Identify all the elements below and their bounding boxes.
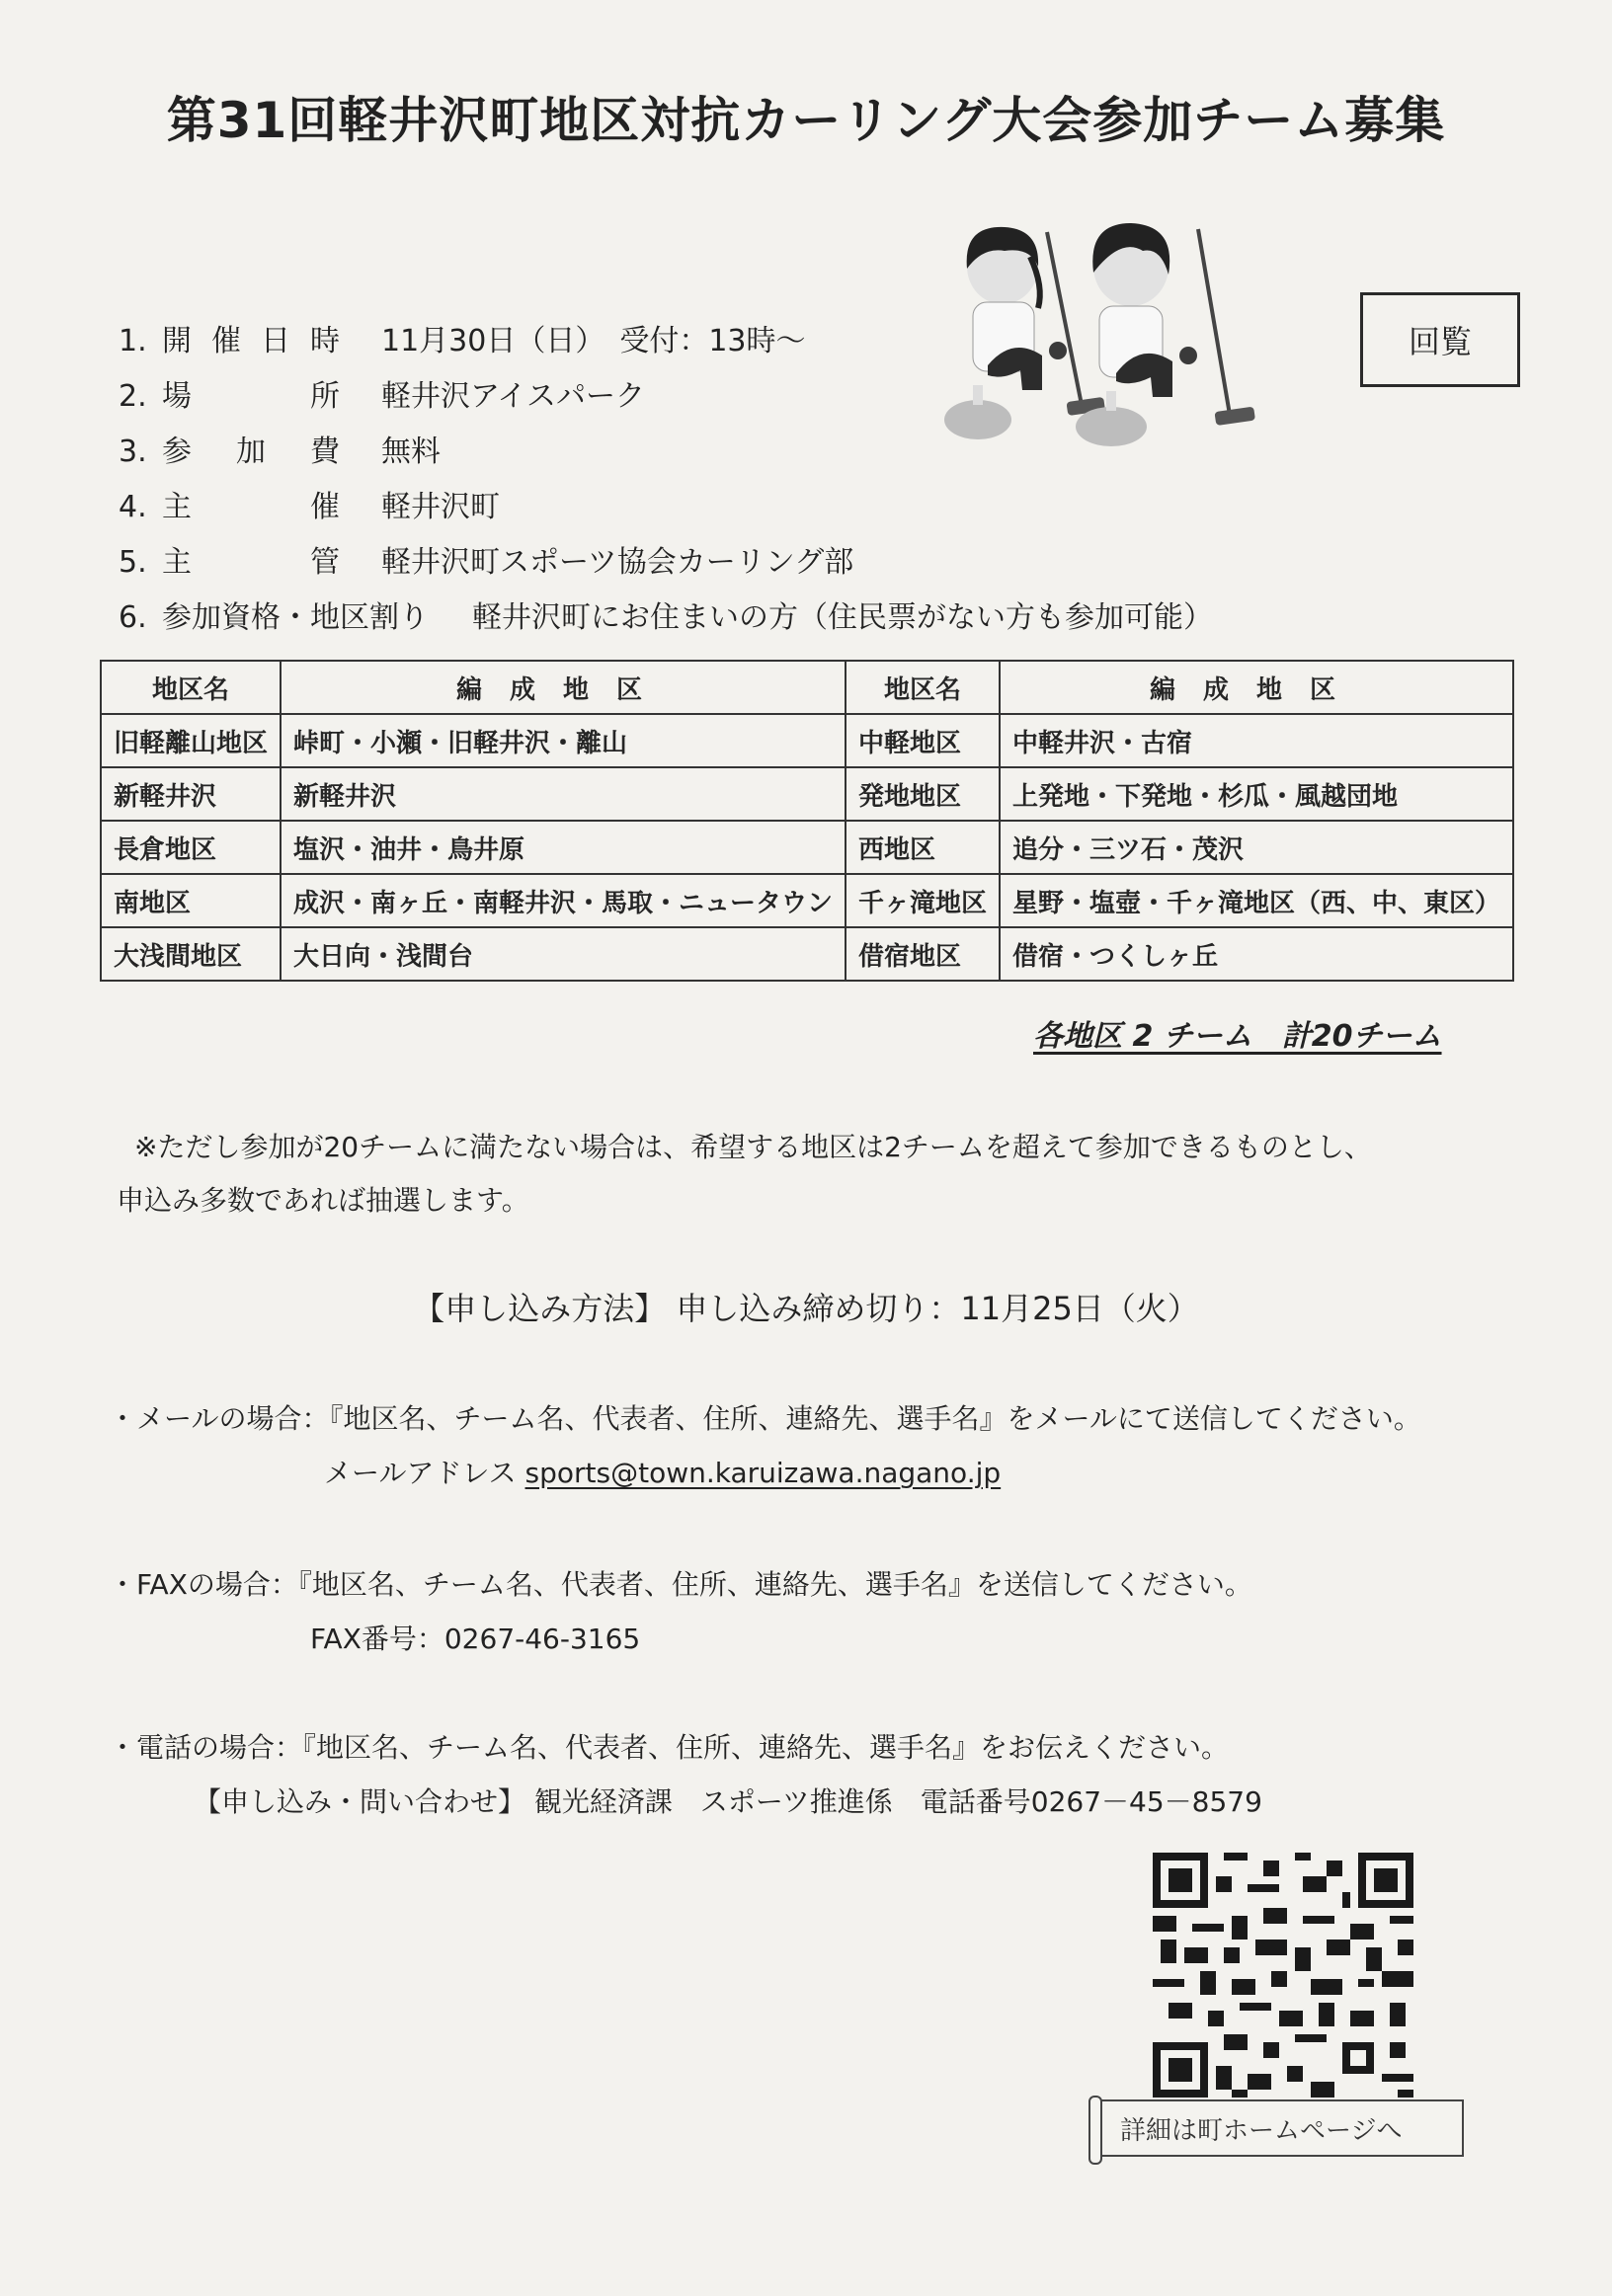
label-char: 加 [236, 425, 266, 480]
district-name: 借宿地区 [846, 927, 1000, 981]
label-char: 管 [310, 535, 340, 591]
district-areas: 塩沢・油井・鳥井原 [281, 821, 846, 874]
table-row: 南地区 成沢・南ヶ丘・南軽井沢・馬取・ニュータウン 千ヶ滝地区 星野・塩壺・千ヶ… [101, 874, 1513, 927]
note-line: ※ただし参加が20チームに満たない場合は、希望する地区は2チームを超えて参加でき… [117, 1121, 1539, 1174]
label-char: 催 [310, 480, 340, 535]
district-name: 新軽井沢 [101, 767, 281, 821]
info-num: 2. [119, 369, 162, 425]
note-line: 申込み多数であれば抽選します。 [117, 1174, 1539, 1227]
curlers-illustration-icon [933, 217, 1279, 454]
label-char: 費 [310, 425, 340, 480]
application-heading: 【申し込み方法】 申し込み締め切り：11月25日（火） [0, 1284, 1612, 1329]
email-address-line: メールアドレス sports@town.karuizawa.nagano.jp [324, 1452, 1001, 1491]
table-row: 長倉地区 塩沢・油井・鳥井原 西地区 追分・三ツ石・茂沢 [101, 821, 1513, 874]
districts-table: 地区名 編成地区 地区名 編成地区 旧軽離山地区 峠町・小瀬・旧軽井沢・離山 中… [100, 660, 1514, 982]
district-name: 旧軽離山地区 [101, 714, 281, 767]
info-row-manager: 5. 主 管 軽井沢町スポーツ協会カーリング部 [119, 535, 1213, 591]
email-address-label: メールアドレス [324, 1457, 517, 1489]
inquiry-contact: 【申し込み・問い合わせ】 観光経済課 スポーツ推進係 電話番号0267－45－8… [194, 1781, 1262, 1820]
label-char: 参 [162, 425, 192, 480]
table-row: 新軽井沢 新軽井沢 発地地区 上発地・下発地・杉瓜・風越団地 [101, 767, 1513, 821]
qr-code-icon[interactable] [1153, 1852, 1413, 2098]
district-areas: 追分・三ツ石・茂沢 [1000, 821, 1513, 874]
info-label: 場 所 [162, 369, 340, 425]
info-value: 11月30日（日） 受付：13時～ [381, 314, 806, 369]
header-composition: 編成地区 [1000, 661, 1513, 714]
district-name: 長倉地区 [101, 821, 281, 874]
fax-instruction: ・FAXの場合：『地区名、チーム名、代表者、住所、連絡先、選手名』を送信してくだ… [109, 1563, 1252, 1603]
email-address-link[interactable]: sports@town.karuizawa.nagano.jp [525, 1457, 1002, 1489]
info-label: 参加資格・地区割り [162, 591, 429, 646]
district-name: 大浅間地区 [101, 927, 281, 981]
district-areas: 借宿・つくしヶ丘 [1000, 927, 1513, 981]
info-num: 4. [119, 480, 162, 535]
table-row: 大浅間地区 大日向・浅間台 借宿地区 借宿・つくしヶ丘 [101, 927, 1513, 981]
info-label: 開 催 日 時 [162, 314, 340, 369]
district-areas: 大日向・浅間台 [281, 927, 846, 981]
label-char: 日 [261, 314, 290, 369]
table-row: 旧軽離山地区 峠町・小瀬・旧軽井沢・離山 中軽地区 中軽井沢・古宿 [101, 714, 1513, 767]
label-char: 時 [310, 314, 340, 369]
info-num: 1. [119, 314, 162, 369]
district-areas: 新軽井沢 [281, 767, 846, 821]
district-areas: 星野・塩壺・千ヶ滝地区（西、中、東区） [1000, 874, 1513, 927]
label-char: 開 [162, 314, 192, 369]
info-value: 軽井沢アイスパーク [381, 369, 645, 425]
district-name: 西地区 [846, 821, 1000, 874]
district-areas: 成沢・南ヶ丘・南軽井沢・馬取・ニュータウン [281, 874, 846, 927]
label-char: 催 [211, 314, 241, 369]
email-instruction: ・メールの場合：『地区名、チーム名、代表者、住所、連絡先、選手名』をメールにて送… [109, 1397, 1421, 1437]
circulation-stamp: 回覧 [1360, 292, 1520, 387]
info-row-eligibility: 6. 参加資格・地区割り 軽井沢町にお住まいの方（住民票がない方も参加可能） [119, 591, 1213, 646]
team-total: 各地区 2 チーム 計20チーム [1033, 1011, 1442, 1055]
phone-instruction: ・電話の場合：『地区名、チーム名、代表者、住所、連絡先、選手名』をお伝えください… [109, 1726, 1229, 1766]
header-district-name: 地区名 [846, 661, 1000, 714]
district-areas: 中軽井沢・古宿 [1000, 714, 1513, 767]
district-areas: 上発地・下発地・杉瓜・風越団地 [1000, 767, 1513, 821]
info-label: 参 加 費 [162, 425, 340, 480]
label-char: 所 [310, 369, 340, 425]
district-name: 発地地区 [846, 767, 1000, 821]
info-value: 軽井沢町スポーツ協会カーリング部 [381, 535, 853, 591]
district-name: 南地区 [101, 874, 281, 927]
info-num: 5. [119, 535, 162, 591]
info-value: 軽井沢町 [381, 480, 500, 535]
info-label: 主 管 [162, 535, 340, 591]
district-name: 中軽地区 [846, 714, 1000, 767]
header-district-name: 地区名 [101, 661, 281, 714]
lottery-note: ※ただし参加が20チームに満たない場合は、希望する地区は2チームを超えて参加でき… [117, 1121, 1539, 1227]
homepage-caption-banner: 詳細は町ホームページへ [1092, 2099, 1464, 2157]
label-char: 場 [162, 369, 192, 425]
label-char: 主 [162, 535, 192, 591]
info-num: 3. [119, 425, 162, 480]
table-header-row: 地区名 編成地区 地区名 編成地区 [101, 661, 1513, 714]
label-char: 主 [162, 480, 192, 535]
info-num: 6. [119, 591, 162, 646]
district-name: 千ヶ滝地区 [846, 874, 1000, 927]
info-value: 軽井沢町にお住まいの方（住民票がない方も参加可能） [472, 591, 1213, 646]
page-title: 第31回軽井沢町地区対抗カーリング大会参加チーム募集 [0, 81, 1612, 152]
info-row-organizer: 4. 主 催 軽井沢町 [119, 480, 1213, 535]
fax-number: FAX番号：0267-46-3165 [310, 1618, 640, 1657]
info-value: 無料 [381, 425, 441, 480]
district-areas: 峠町・小瀬・旧軽井沢・離山 [281, 714, 846, 767]
info-label: 主 催 [162, 480, 340, 535]
header-composition: 編成地区 [281, 661, 846, 714]
